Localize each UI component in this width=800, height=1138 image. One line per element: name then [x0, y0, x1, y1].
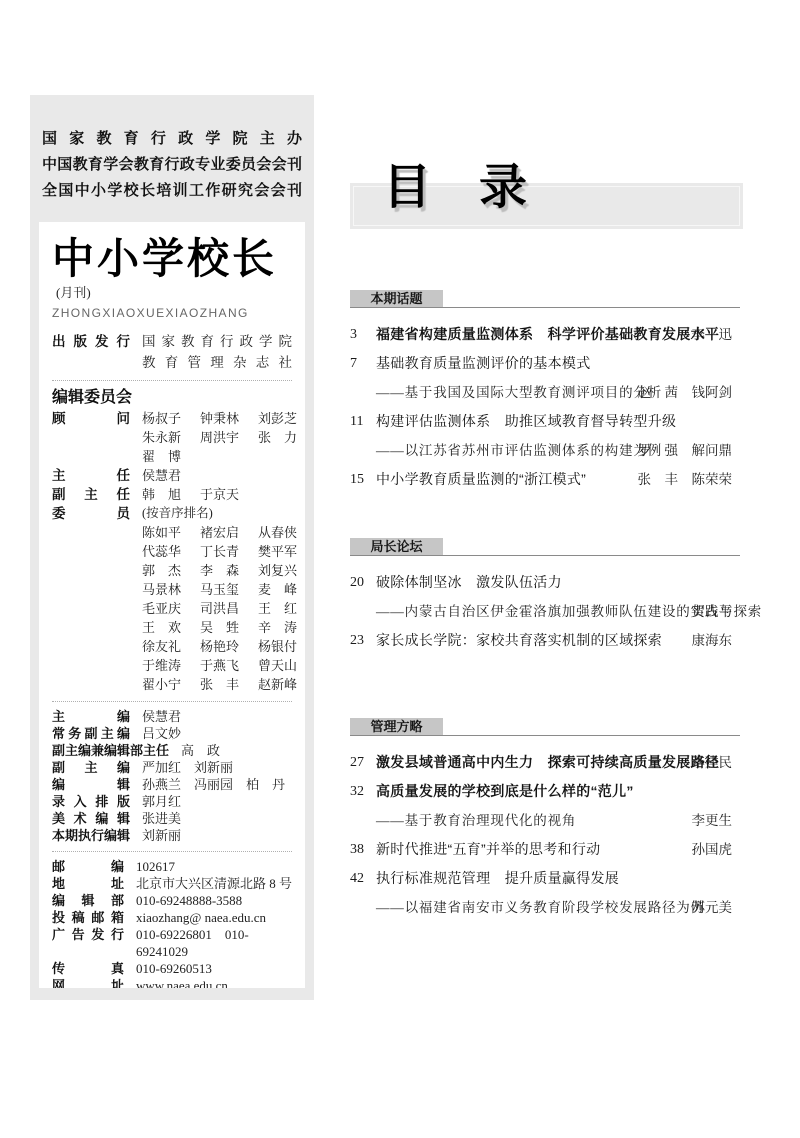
- toc-item-subtitle: ——以福建省南安市义务教育阶段学校发展路径为例: [376, 900, 705, 915]
- toc-item-title: 执行标准规范管理 提升质量赢得发展: [376, 870, 619, 886]
- members-sort-note: (按音序排名): [142, 504, 213, 523]
- section-heading: 局长论坛: [350, 538, 443, 555]
- advertising-phones: 010-69226801 010-69241029: [136, 926, 292, 960]
- toc-item-title: 中小学教育质量监测的“浙江模式”: [376, 471, 586, 487]
- toc-item-page: 3: [350, 320, 374, 349]
- toc-item-page: 15: [350, 465, 374, 494]
- section-rule: [350, 555, 740, 556]
- contact-block: 邮编102617 地址北京市大兴区清源北路 8 号 编辑部010-6924888…: [52, 858, 292, 988]
- toc-item-subtitle-row: ——基于我国及国际大型教育测评项目的分析 赵 茜 钱阿剑: [350, 378, 740, 407]
- toc-item-subtitle: ——基于教育治理现代化的视角: [376, 813, 576, 828]
- website: www.naea.edu.cn: [136, 977, 228, 988]
- editor-role: 录入排版: [52, 793, 130, 810]
- contact-label: 广告发行: [52, 926, 124, 943]
- toc-item-title: 构建评估监测体系 助推区域教育督导转型升级: [376, 413, 676, 429]
- toc-item-authors: 张 丰 陈荣荣: [638, 465, 733, 494]
- toc-item-row: 20 破除体制坚冰 激发队伍活力: [350, 568, 740, 597]
- toc-item-subtitle-row: ——内蒙古自治区伊金霍洛旗加强教师队伍建设的实践与探索 贺占平: [350, 597, 740, 626]
- publisher-line: 教育管理杂志社: [142, 352, 292, 373]
- toc-item-title: 破除体制坚冰 激发队伍活力: [376, 574, 562, 590]
- toc-item-row: 11 构建评估监测体系 助推区域教育督导转型升级: [350, 407, 740, 436]
- toc-item-page: 32: [350, 777, 374, 806]
- toc-item-authors: 贺占平: [692, 597, 733, 626]
- editor-name: 高 政: [181, 742, 220, 759]
- toc-item-subtitle-row: ——以江苏省苏州市评估监测体系的构建为例 罗 强 解问鼎: [350, 436, 740, 465]
- toc-item-title: 家长成长学院：家校共育落实机制的区域探索: [376, 632, 662, 648]
- toc-item-page: 42: [350, 864, 374, 893]
- toc-item-authors: 赵 茜 钱阿剑: [638, 378, 733, 407]
- editorial-board-heading: 编辑委员会: [52, 387, 292, 409]
- toc-section-directors-forum: 局长论坛 20 破除体制坚冰 激发队伍活力 ——内蒙古自治区伊金霍洛旗加强教师队…: [350, 538, 740, 655]
- editor-role: 主编: [52, 708, 130, 725]
- sponsor-block: 国家教育行政学院主办 中国教育学会教育行政专业委员会会刊 全国中小学校长培训工作…: [30, 95, 314, 204]
- editor-name: 郭月红: [142, 793, 181, 810]
- toc-item-title: 新时代推进“五育”并举的思考和行动: [376, 841, 600, 857]
- advisors-label: 顾问: [52, 409, 130, 428]
- postal-code: 102617: [136, 858, 175, 875]
- toc-item-row: 27 激发县域普通高中内生力 探索可持续高质量发展路径 李建民: [350, 748, 740, 777]
- sponsor-line: 全国中小学校长培训工作研究会会刊: [42, 178, 302, 204]
- editor-name: 侯慧君: [142, 708, 181, 725]
- section-heading: 管理方略: [350, 718, 443, 735]
- name-row: 毛亚庆司洪昌王 红: [142, 599, 305, 618]
- sponsor-line: 国家教育行政学院主办: [42, 126, 302, 152]
- toc-item-authors: 孙国虎: [692, 835, 733, 864]
- masthead-panel: 国家教育行政学院主办 中国教育学会教育行政专业委员会会刊 全国中小学校长培训工作…: [30, 95, 314, 1000]
- toc-item-page: 11: [350, 407, 374, 436]
- contact-label: 网址: [52, 977, 124, 988]
- toc-item-page: 38: [350, 835, 374, 864]
- contact-label: 传真: [52, 960, 124, 977]
- editor-name: 孙燕兰 冯丽园 柏 丹: [142, 776, 285, 793]
- toc-section-management-strategy: 管理方略 27 激发县域普通高中内生力 探索可持续高质量发展路径 李建民 32 …: [350, 718, 740, 922]
- toc-item-subtitle-row: ——以福建省南安市义务教育阶段学校发展路径为例 苏元美: [350, 893, 740, 922]
- editor-name: 严加红 刘新丽: [142, 759, 233, 776]
- contact-label: 地址: [52, 875, 124, 892]
- contact-label: 投稿邮箱: [52, 909, 124, 926]
- editor-name: 张进美: [142, 810, 181, 827]
- publisher-block: 出版发行 国家教育行政学院 教育管理杂志社: [52, 331, 292, 373]
- name-row: 韩 旭于京天: [142, 485, 258, 504]
- toc-item-row: 23 家长成长学院：家校共育落实机制的区域探索 康海东: [350, 626, 740, 655]
- toc-item-row: 7 基础教育质量监测评价的基本模式: [350, 349, 740, 378]
- editorial-board-block: 编辑委员会 顾问 杨叔子钟秉林刘彭芝 朱永新周洪宇张 力 翟: [52, 387, 292, 694]
- toc-item-title: 高质量发展的学校到底是什么样的“范儿”: [376, 783, 634, 799]
- issue-frequency: (月刊): [56, 285, 91, 300]
- magazine-title: 中小学校长: [52, 234, 277, 283]
- editor-role: 本期执行编辑: [52, 827, 130, 844]
- name-row: 翟小宁张 丰赵新峰: [142, 675, 305, 694]
- toc-item-title: 基础教育质量监测评价的基本模式: [376, 355, 591, 371]
- toc-item-page: 7: [350, 349, 374, 378]
- toc-item-subtitle: ——基于我国及国际大型教育测评项目的分析: [376, 385, 662, 400]
- toc-item-row: 3 福建省构建质量监测体系 科学评价基础教育发展水平 李 迅: [350, 320, 740, 349]
- publisher-label: 出版发行: [52, 331, 130, 352]
- divider: [52, 380, 292, 381]
- name-row: 侯慧君: [142, 466, 200, 485]
- toc-item-authors: 李建民: [692, 748, 733, 777]
- magazine-title-pinyin: ZHONGXIAOXUEXIAOZHANG: [52, 305, 292, 321]
- toc-item-authors: 李 迅: [692, 320, 733, 349]
- toc-item-authors: 罗 强 解问鼎: [638, 436, 733, 465]
- divider: [52, 701, 292, 702]
- contact-label: 邮编: [52, 858, 124, 875]
- publisher-line: 国家教育行政学院: [142, 331, 292, 352]
- toc-item-authors: 苏元美: [692, 893, 733, 922]
- section-heading: 本期话题: [350, 290, 443, 307]
- toc-item-row: 42 执行标准规范管理 提升质量赢得发展: [350, 864, 740, 893]
- name-row: 马景林马玉玺麦 峰: [142, 580, 305, 599]
- masthead-inner-card: 中小学校长(月刊) ZHONGXIAOXUEXIAOZHANG 出版发行 国家教…: [39, 222, 305, 988]
- name-row: 陈如平褚宏启从春侠: [142, 523, 305, 542]
- toc-column: 目 录 本期话题 3 福建省构建质量监测体系 科学评价基础教育发展水平 李 迅 …: [350, 0, 743, 1138]
- name-row: 翟 博: [142, 447, 200, 466]
- name-row: 杨叔子钟秉林刘彭芝: [142, 409, 305, 428]
- name-row: 于维涛于燕飞曾天山: [142, 656, 305, 675]
- masthead: 中小学校长(月刊) ZHONGXIAOXUEXIAOZHANG: [52, 236, 292, 321]
- editors-block: 主编侯慧君 常务副主编吕文妙 副主编兼编辑部主任高 政 副主编严加红 刘新丽 编…: [52, 708, 292, 844]
- toc-item-page: 20: [350, 568, 374, 597]
- toc-item-title: 激发县域普通高中内生力 探索可持续高质量发展路径: [376, 754, 719, 770]
- deputy-director-label: 副主任: [52, 485, 130, 504]
- director-label: 主任: [52, 466, 130, 485]
- section-rule: [350, 307, 740, 308]
- editor-role: 编辑: [52, 776, 130, 793]
- editor-role: 副主编兼编辑部主任: [52, 742, 169, 759]
- name-row: 朱永新周洪宇张 力: [142, 428, 305, 447]
- name-row: 王 欢吴 甡辛 涛: [142, 618, 305, 637]
- address: 北京市大兴区清源北路 8 号: [136, 875, 292, 892]
- editor-role: 美术编辑: [52, 810, 130, 827]
- toc-item-subtitle: ——以江苏省苏州市评估监测体系的构建为例: [376, 443, 662, 458]
- section-rule: [350, 735, 740, 736]
- toc-item-row: 38 新时代推进“五育”并举的思考和行动 孙国虎: [350, 835, 740, 864]
- editor-name: 吕文妙: [142, 725, 181, 742]
- members-label: 委员: [52, 504, 130, 523]
- contact-label: 编辑部: [52, 892, 124, 909]
- toc-item-title: 福建省构建质量监测体系 科学评价基础教育发展水平: [376, 326, 719, 342]
- editor-role: 副主编: [52, 759, 130, 776]
- submission-email: xiaozhang@ naea.edu.cn: [136, 909, 266, 926]
- editor-name: 刘新丽: [142, 827, 181, 844]
- toc-item-row: 32 高质量发展的学校到底是什么样的“范儿”: [350, 777, 740, 806]
- divider: [52, 851, 292, 852]
- toc-item-page: 23: [350, 626, 374, 655]
- name-row: 徐友礼杨艳玲杨银付: [142, 637, 305, 656]
- editor-role: 常务副主编: [52, 725, 130, 742]
- fax-number: 010-69260513: [136, 960, 212, 977]
- sponsor-line: 中国教育学会教育行政专业委员会会刊: [42, 152, 302, 178]
- toc-section-this-issue-topic: 本期话题 3 福建省构建质量监测体系 科学评价基础教育发展水平 李 迅 7 基础…: [350, 290, 740, 494]
- name-row: 郭 杰李 森刘复兴: [142, 561, 305, 580]
- toc-item-authors: 康海东: [692, 626, 733, 655]
- toc-item-authors: 李更生: [692, 806, 733, 835]
- toc-item-row: 15 中小学教育质量监测的“浙江模式” 张 丰 陈荣荣: [350, 465, 740, 494]
- name-row: 代蕊华丁长青樊平军: [142, 542, 305, 561]
- toc-title: 目 录: [383, 163, 527, 213]
- toc-item-subtitle-row: ——基于教育治理现代化的视角 李更生: [350, 806, 740, 835]
- editorial-phone: 010-69248888-3588: [136, 892, 242, 909]
- toc-item-page: 27: [350, 748, 374, 777]
